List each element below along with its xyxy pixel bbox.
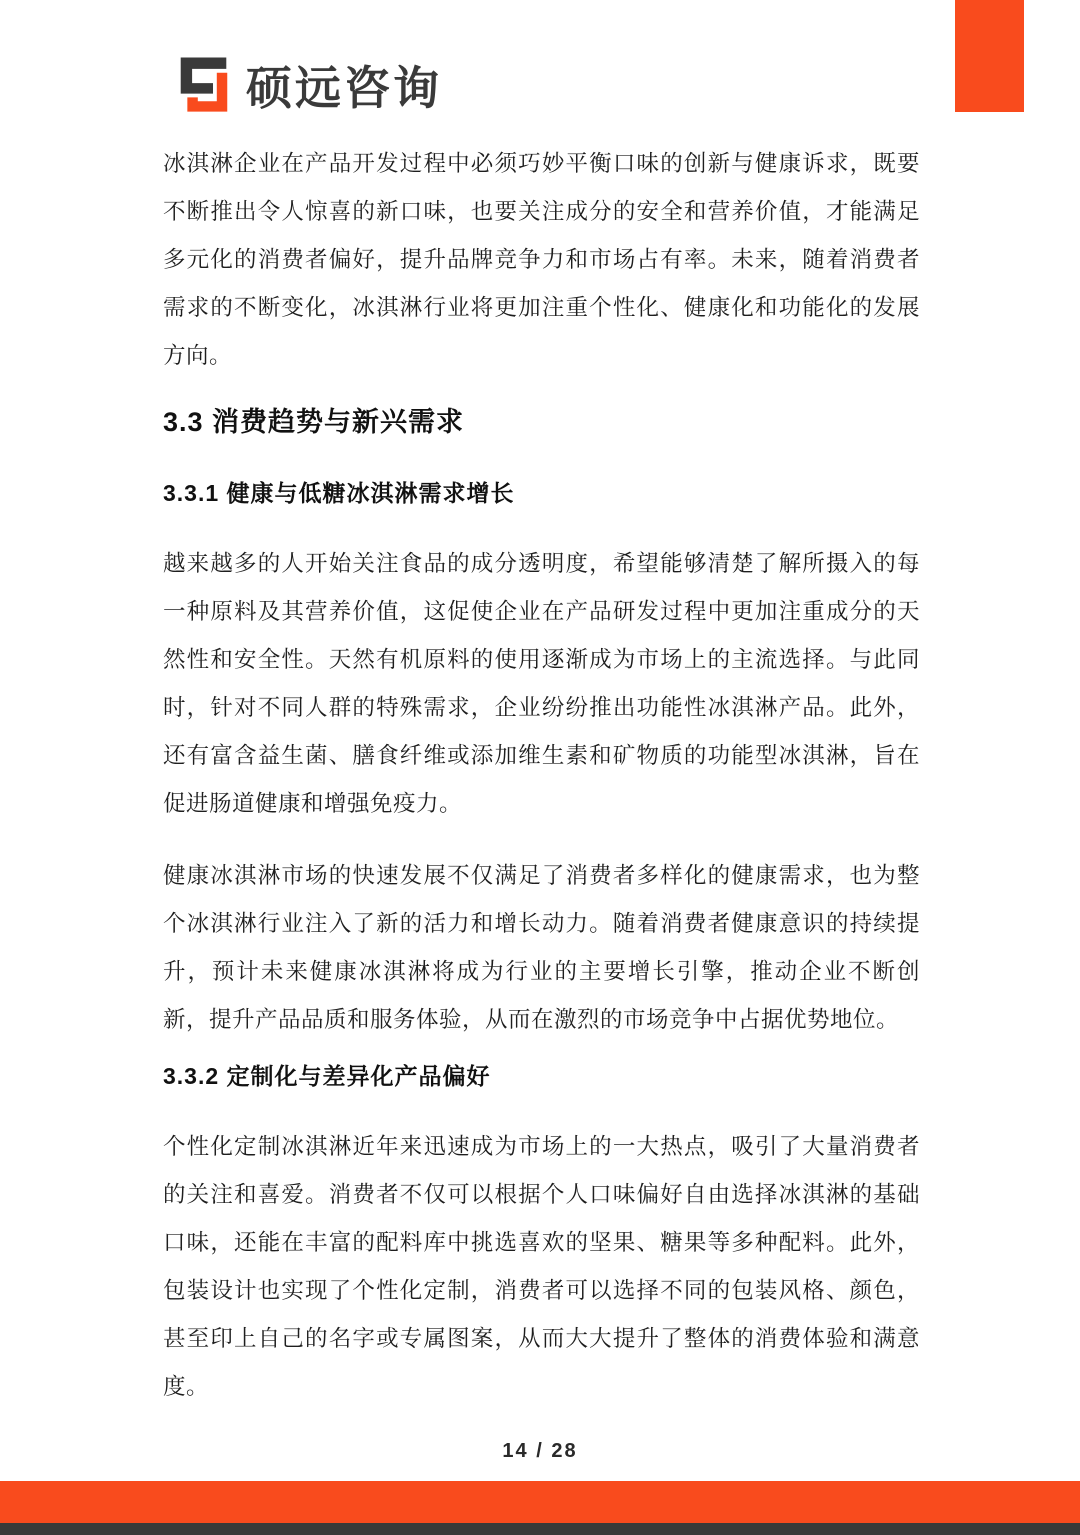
subsection-heading-3-3-2: 3.3.2 定制化与差异化产品偏好: [163, 1058, 920, 1091]
company-logo-icon: [175, 54, 232, 118]
report-page: 硕远咨询 冰淇淋企业在产品开发过程中必须巧妙平衡口味的创新与健康诉求，既要不断推…: [0, 0, 1080, 1535]
brand-corner-block: [955, 0, 1024, 112]
page-number: 14 / 28: [0, 1440, 1080, 1463]
subsection-3-3-1-paragraph-2: 健康冰淇淋市场的快速发展不仅满足了消费者多样化的健康需求，也为整个冰淇淋行业注入…: [163, 852, 920, 1044]
intro-paragraph: 冰淇淋企业在产品开发过程中必须巧妙平衡口味的创新与健康诉求，既要不断推出令人惊喜…: [163, 140, 920, 380]
footer-dark-bar: [0, 1523, 1080, 1535]
section-heading-3-3: 3.3 消费趋势与新兴需求: [163, 400, 920, 439]
subsection-3-3-2-paragraph-1: 个性化定制冰淇淋近年来迅速成为市场上的一大热点，吸引了大量消费者的关注和喜爱。消…: [163, 1123, 920, 1411]
footer-accent-bar: [0, 1481, 1080, 1523]
company-logo-wordmark: 硕远咨询: [246, 61, 442, 111]
document-body: 冰淇淋企业在产品开发过程中必须巧妙平衡口味的创新与健康诉求，既要不断推出令人惊喜…: [0, 140, 1080, 1411]
header: 硕远咨询: [0, 0, 1080, 118]
subsection-3-3-1-paragraph-1: 越来越多的人开始关注食品的成分透明度，希望能够清楚了解所摄入的每一种原料及其营养…: [163, 540, 920, 828]
subsection-heading-3-3-1: 3.3.1 健康与低糖冰淇淋需求增长: [163, 475, 920, 508]
